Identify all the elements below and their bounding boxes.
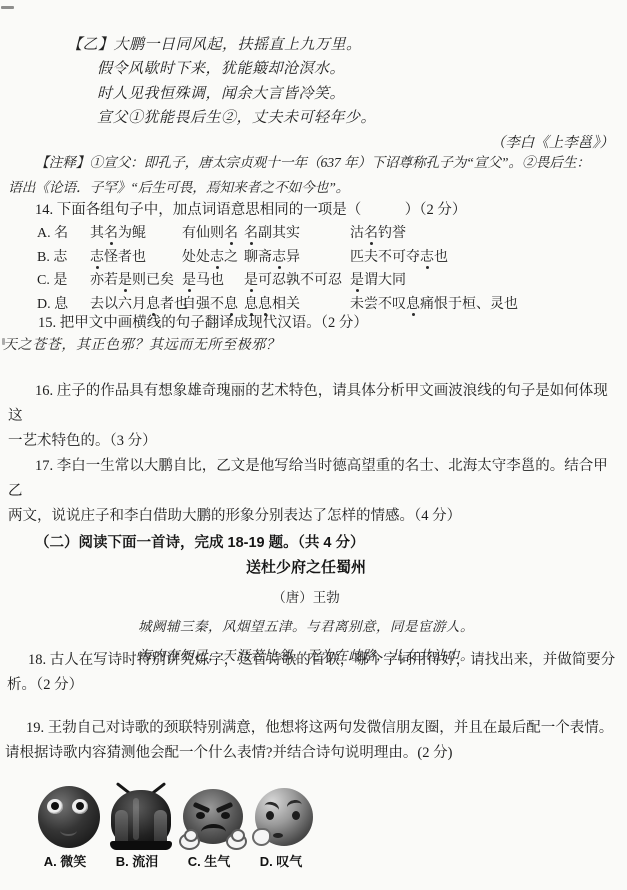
emoji-label: B. 流泪 (104, 851, 170, 870)
question-17: 17. 李白一生常以大鹏自比，乙文是他写给当时德高望重的名士、北海太守李邕的。结… (8, 454, 620, 530)
question-15-stem: 15. 把甲文中画横线的句子翻译成现代汉语。（2 分） (38, 311, 368, 332)
emoji-option-c: C. 生气 (180, 784, 246, 870)
emoji-option-a: A. 微笑 (36, 784, 102, 870)
emoji-mouth (201, 824, 226, 840)
emoji-sigh-puff (252, 828, 271, 846)
poem-yi-attribution: （李白《上李邕》） (0, 131, 614, 152)
option-cell: 沽名钓誉 (350, 222, 518, 246)
poem-yi-line: 【乙】大鹏一日同风起，扶摇直上九万里。 (67, 33, 376, 57)
option-cell: 志怪者也 (90, 246, 182, 270)
notes-line: 语出《论语．子罕》“后生可畏，焉知来者之不如今也”。 (8, 175, 618, 200)
option-cell: 聊斋志异 (244, 246, 350, 270)
poem-yi-line: 时人见我恒殊调，闻余大言皆冷笑。 (97, 82, 376, 106)
option-cell: 匹夫不可夺志也 (350, 246, 518, 270)
option-cell: 亦若是则已矣 (90, 269, 182, 293)
poem-yi-label: 【乙】 (67, 37, 114, 53)
question-18: 18. 古人在写诗时特别讲究炼字，这首诗歌的首联，哪个字词用得好，请找出来，并做… (7, 648, 619, 698)
emoji-eye (196, 812, 205, 819)
emoji-steam-puff (226, 833, 247, 850)
poem-2-line: 城阙辅三秦，风烟望五津。与君离别意，同是宦游人。 (0, 615, 612, 635)
poem-2-author: （唐）王勃 (0, 586, 612, 606)
question-14-options-table: A. 名 其名为鲲 有仙则名 名副其实 沽名钓誉 B. 志 志怪者也 处处志之 … (37, 222, 518, 317)
emoji-highlight (133, 798, 139, 840)
angry-emoji (180, 786, 246, 850)
emoji-eye (266, 811, 274, 820)
poem-yi-line-text: 大鹏一日同风起，扶摇直上九万里。 (114, 37, 362, 53)
option-letter: C. 是 (37, 269, 90, 293)
emoji-options-row: A. 微笑 B. 流泪 C. 生气 (36, 784, 318, 870)
emoji-eye (72, 799, 88, 814)
poem-2-title: 送杜少府之任蜀州 (0, 556, 612, 577)
question-16: 16. 庄子的作品具有想象雄奇瑰丽的艺术特色，请具体分析甲文画波浪线的句子是如何… (8, 379, 620, 455)
question-15-quote: 天之苍苍，其正色邪？其远而无所至极邪？ (3, 334, 280, 354)
option-cell: 处处志之 (182, 246, 244, 270)
option-cell: 是可忍孰不可忍 (244, 269, 350, 293)
emoji-option-d: D. 叹气 (252, 784, 318, 870)
smile-emoji (38, 786, 100, 848)
emoji-label: A. 微笑 (32, 851, 98, 870)
emoji-eye (47, 799, 63, 814)
question-17-line: 两文，说说庄子和李白借助大鹏的形象分别表达了怎样的情感。（4 分） (8, 504, 620, 529)
question-19-line: 请根据诗歌内容猜测他会配一个什么表情?并结合诗句说明理由。(2 分) (5, 741, 617, 766)
option-letter: B. 志 (37, 246, 90, 270)
option-letter: A. 名 (37, 222, 90, 246)
option-cell: 未尝不叹息痛恨于桓、灵也 (350, 293, 518, 317)
question-14-stem: 14. 下面各组句子中，加点词语意思相同的一项是（ ）（2 分） (35, 198, 466, 219)
section-2-heading: （二）阅读下面一首诗，完成 18-19 题。（共 4 分） (35, 531, 365, 552)
emoji-label: C. 生气 (176, 851, 242, 870)
poem-yi-block: 【乙】大鹏一日同风起，扶摇直上九万里。 假令风歇时下来，犹能簸却沧溟水。 时人见… (67, 33, 376, 130)
sigh-emoji (254, 786, 314, 850)
option-cell: 是谓大同 (350, 269, 518, 293)
emoji-label: D. 叹气 (248, 851, 314, 870)
question-17-line: 17. 李白一生常以大鹏自比，乙文是他写给当时德高望重的名士、北海太守李邕的。结… (8, 454, 620, 504)
notes-line: 【注释】①宣父：即孔子，唐太宗贞观十一年（637 年）下诏尊称孔子为“宣父”。②… (8, 150, 618, 175)
emoji-option-b: B. 流泪 (108, 784, 174, 870)
question-19: 19. 王勃自己对诗歌的颈联特别满意，他想将这两句发微信朋友圈，并且在最后配一个… (5, 716, 617, 766)
emoji-eye (292, 811, 300, 820)
emoji-base (110, 841, 172, 850)
notes-block: 【注释】①宣父：即孔子，唐太宗贞观十一年（637 年）下诏尊称孔子为“宣父”。②… (8, 150, 618, 200)
poem-yi-line: 宣父①犹能畏后生②，丈夫未可轻年少。 (97, 106, 376, 130)
option-cell: 其名为鲲 (90, 222, 182, 246)
emoji-mouth (60, 825, 77, 836)
poem-yi-line: 假令风歇时下来，犹能簸却沧溟水。 (97, 57, 376, 81)
scan-artifact-dash (1, 6, 14, 9)
option-cell: 是马也 (182, 269, 244, 293)
emoji-eye (221, 812, 230, 819)
crying-emoji (109, 784, 173, 850)
option-cell: 有仙则名 (182, 222, 244, 246)
option-cell: 名副其实 (244, 222, 350, 246)
question-19-line: 19. 王勃自己对诗歌的颈联特别满意，他想将这两句发微信朋友圈，并且在最后配一个… (5, 716, 617, 741)
question-18-line: 析。（2 分） (7, 673, 619, 698)
question-16-line: 16. 庄子的作品具有想象雄奇瑰丽的艺术特色，请具体分析甲文画波浪线的句子是如何… (8, 379, 620, 429)
question-16-line: 一艺术特色的。（3 分） (8, 429, 620, 454)
question-18-line: 18. 古人在写诗时特别讲究炼字，这首诗歌的首联，哪个字词用得好，请找出来，并做… (7, 648, 619, 673)
emoji-mouth (273, 833, 283, 838)
emoji-steam-puff (179, 833, 200, 850)
